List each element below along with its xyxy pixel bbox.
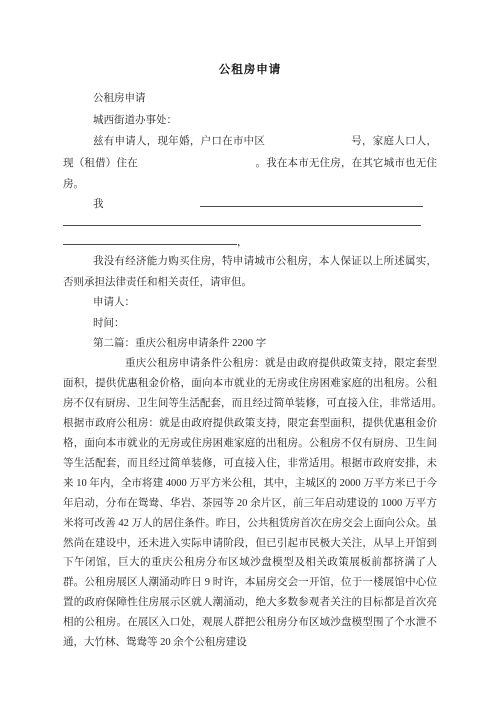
blank-underline-2 (63, 216, 421, 226)
blank-underline-3 (63, 235, 237, 245)
blank-tail-punctuation: ， (237, 237, 248, 248)
document-title: 公租房申请 (63, 62, 437, 78)
blank-underline-1 (200, 197, 423, 207)
blank-line-2 (63, 215, 437, 234)
blank-line-3: ， (63, 234, 437, 253)
document-page: 公租房申请 公租房申请 城西街道办事处： 兹有申请人，现年婚，户口在市中区 号，… (0, 0, 500, 707)
fill-in-blank-block: 我 ， (63, 196, 437, 252)
declaration-paragraph: 我没有经济能力购买住房，特申请城市公租房，本人保证以上所述属实，否则承担法律责任… (63, 252, 437, 293)
section2-heading: 第二篇：重庆公租房申请条件 2200 字 (63, 334, 437, 354)
declaration-section: 我没有经济能力购买住房，特申请城市公租房，本人保证以上所述属实，否则承担法律责任… (63, 252, 437, 334)
applicant-label-line: 申请人： (63, 293, 437, 313)
salutation-line: 城西街道办事处： (63, 110, 437, 132)
blank-lead-text: 我 (93, 199, 104, 210)
date-label-line: 时间： (63, 314, 437, 334)
repeat-title-line: 公租房申请 (63, 88, 437, 110)
applicant-info-paragraph: 兹有申请人，现年婚，户口在市中区 号，家庭人口人，现（租借）住在 。我在本市无住… (63, 131, 437, 196)
section2-body-paragraph: 重庆公租房申请条件公租房：就是由政府提供政策支持，限定套型面积，提供优惠租金价格… (63, 354, 437, 653)
blank-line-1: 我 (63, 196, 437, 215)
